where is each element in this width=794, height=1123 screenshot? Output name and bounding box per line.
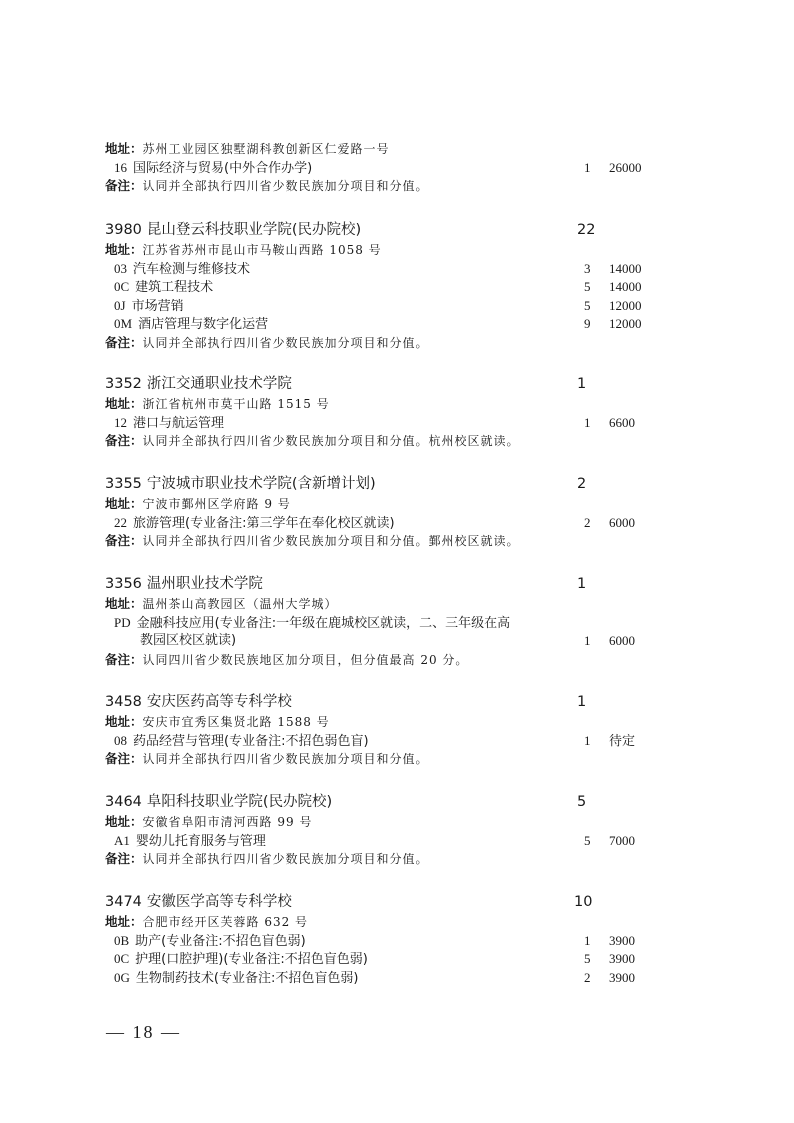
program-name: 助产(专业备注:不招色盲色弱): [135, 934, 306, 949]
note-label: 备注：: [105, 335, 143, 350]
program-row: 16国际经济与贸易(中外合作办学)126000: [105, 159, 665, 178]
note-label: 备注：: [105, 851, 143, 866]
school-total: 1: [577, 691, 586, 713]
school-continuation: 地址：苏州工业园区独墅湖科教创新区仁爱路一号 16国际经济与贸易(中外合作办学)…: [105, 140, 665, 196]
program-quota: 1: [584, 632, 591, 651]
program-quota: 9: [584, 315, 591, 334]
program-code: 12: [114, 414, 127, 433]
address-line: 地址：安徽省阜阳市清河西路 99 号: [105, 813, 665, 832]
school-name: 阜阳科技职业学院(民办院校): [147, 794, 332, 810]
address-line: 地址：江苏省苏州市昆山市马鞍山西路 1058 号: [105, 241, 665, 260]
address-line: 地址：温州茶山高教园区（温州大学城）: [105, 595, 665, 614]
note-line: 备注：认同并全部执行四川省少数民族加分项目和分值。: [105, 334, 665, 353]
school-code: 3355: [105, 473, 142, 495]
note-label: 备注：: [105, 433, 143, 448]
address-line: 地址：宁波市鄞州区学府路 9 号: [105, 495, 665, 514]
note-label: 备注：: [105, 178, 143, 193]
school-code: 3356: [105, 573, 142, 595]
school-entry: 3464阜阳科技职业学院(民办院校)5 地址：安徽省阜阳市清河西路 99 号 A…: [105, 791, 665, 869]
program-code: 0J: [114, 297, 126, 316]
address-text: 安徽省阜阳市清河西路 99 号: [143, 815, 313, 829]
school-code: 3980: [105, 219, 142, 241]
school-total: 2: [577, 473, 586, 495]
note-line: 备注：认同并全部执行四川省少数民族加分项目和分值。: [105, 850, 665, 869]
program-name: 国际经济与贸易(中外合作办学): [133, 161, 312, 176]
program-fee: 3900: [609, 969, 635, 988]
school-code: 3464: [105, 791, 142, 813]
program-code: 0G: [114, 969, 130, 988]
document-page: 地址：苏州工业园区独墅湖科教创新区仁爱路一号 16国际经济与贸易(中外合作办学)…: [0, 0, 794, 1123]
school-entry: 3458安庆医药高等专科学校1 地址：安庆市宜秀区集贤北路 1588 号 08药…: [105, 691, 665, 769]
note-line: 备注：认同并全部执行四川省少数民族加分项目和分值。: [105, 750, 665, 769]
address-label: 地址：: [105, 814, 143, 829]
address-label: 地址：: [105, 141, 143, 156]
program-fee: 14000: [609, 278, 642, 297]
program-name: 生物制药技术(专业备注:不招色盲色弱): [136, 971, 359, 986]
program-row: 0B助产(专业备注:不招色盲色弱)13900: [105, 932, 665, 951]
page-number: — 18 —: [106, 1022, 181, 1043]
program-code: 0C: [114, 950, 129, 969]
school-header: 3356温州职业技术学院1: [105, 573, 665, 595]
program-fee: 6000: [609, 632, 635, 651]
school-code: 3458: [105, 691, 142, 713]
program-quota: 1: [584, 732, 591, 751]
program-quota: 5: [584, 297, 591, 316]
address-line: 地址：安庆市宜秀区集贤北路 1588 号: [105, 713, 665, 732]
address-line: 地址：合肥市经开区芙蓉路 632 号: [105, 913, 665, 932]
program-code: PD: [114, 614, 131, 633]
program-code: 16: [114, 159, 127, 178]
program-row: 12港口与航运管理16600: [105, 414, 665, 433]
program-fee: 26000: [609, 159, 642, 178]
note-line: 备注：认同并全部执行四川省少数民族加分项目和分值。杭州校区就读。: [105, 432, 665, 451]
note-text: 认同并全部执行四川省少数民族加分项目和分值。杭州校区就读。: [143, 434, 520, 448]
program-code: 08: [114, 732, 127, 751]
program-row: 0C护理(口腔护理)(专业备注:不招色盲色弱)53900: [105, 950, 665, 969]
school-name: 浙江交通职业技术学院: [147, 376, 292, 392]
program-code: 0B: [114, 932, 129, 951]
program-quota: 5: [584, 950, 591, 969]
program-fee: 6000: [609, 514, 635, 533]
school-name: 温州职业技术学院: [147, 576, 263, 592]
program-name: 护理(口腔护理)(专业备注:不招色盲色弱): [135, 952, 368, 967]
program-quota: 5: [584, 832, 591, 851]
school-name: 安徽医学高等专科学校: [147, 894, 292, 910]
program-quota: 2: [584, 514, 591, 533]
note-label: 备注：: [105, 533, 143, 548]
program-quota: 1: [584, 414, 591, 433]
program-quota: 2: [584, 969, 591, 988]
school-entry: 3474安徽医学高等专科学校10 地址：合肥市经开区芙蓉路 632 号 0B助产…: [105, 891, 665, 987]
school-name: 昆山登云科技职业学院(民办院校): [147, 222, 361, 238]
program-name: 酒店管理与数字化运营: [138, 317, 268, 332]
note-line: 备注：认同并全部执行四川省少数民族加分项目和分值。鄞州校区就读。: [105, 532, 665, 551]
note-text: 认同并全部执行四川省少数民族加分项目和分值。: [143, 179, 429, 193]
program-fee: 3900: [609, 932, 635, 951]
program-row: 0C建筑工程技术514000: [105, 278, 665, 297]
program-name: 港口与航运管理: [133, 416, 224, 431]
address-line: 地址：苏州工业园区独墅湖科教创新区仁爱路一号: [105, 140, 665, 159]
school-entry: 3356温州职业技术学院1 地址：温州茶山高教园区（温州大学城） PD金融科技应…: [105, 573, 665, 669]
program-name: 金融科技应用(专业备注:一年级在鹿城校区就读，二、三年级在高: [137, 616, 510, 631]
school-total: 10: [574, 891, 592, 913]
school-header: 3464阜阳科技职业学院(民办院校)5: [105, 791, 665, 813]
program-name-continuation: 教园区校区就读): [140, 633, 236, 648]
program-fee: 3900: [609, 950, 635, 969]
program-row: 0M酒店管理与数字化运营912000: [105, 315, 665, 334]
address-label: 地址：: [105, 242, 143, 257]
program-quota: 5: [584, 278, 591, 297]
school-total: 1: [577, 573, 586, 595]
school-total: 5: [577, 791, 586, 813]
program-row-continuation: 教园区校区就读)16000: [105, 632, 665, 651]
address-text: 合肥市经开区芙蓉路 632 号: [143, 915, 309, 929]
note-text: 认同四川省少数民族地区加分项目，但分值最高 20 分。: [143, 653, 469, 667]
program-fee: 14000: [609, 260, 642, 279]
school-header: 3458安庆医药高等专科学校1: [105, 691, 665, 713]
address-text: 江苏省苏州市昆山市马鞍山西路 1058 号: [143, 243, 382, 257]
address-label: 地址：: [105, 396, 143, 411]
note-label: 备注：: [105, 751, 143, 766]
program-row: 08药品经营与管理(专业备注:不招色弱色盲)1待定: [105, 732, 665, 751]
note-text: 认同并全部执行四川省少数民族加分项目和分值。鄞州校区就读。: [143, 534, 520, 548]
note-text: 认同并全部执行四川省少数民族加分项目和分值。: [143, 336, 429, 350]
program-quota: 3: [584, 260, 591, 279]
address-text: 宁波市鄞州区学府路 9 号: [143, 497, 291, 511]
program-row: 0G生物制药技术(专业备注:不招色盲色弱)23900: [105, 969, 665, 988]
program-code: 22: [114, 514, 127, 533]
program-fee: 待定: [609, 732, 635, 751]
note-line: 备注：认同四川省少数民族地区加分项目，但分值最高 20 分。: [105, 651, 665, 670]
program-code: 0M: [114, 315, 132, 334]
program-row: 0J市场营销512000: [105, 297, 665, 316]
note-text: 认同并全部执行四川省少数民族加分项目和分值。: [143, 852, 429, 866]
program-fee: 6600: [609, 414, 635, 433]
program-name: 婴幼儿托育服务与管理: [136, 834, 266, 849]
program-name: 汽车检测与维修技术: [133, 262, 250, 277]
address-label: 地址：: [105, 714, 143, 729]
school-header: 3474安徽医学高等专科学校10: [105, 891, 665, 913]
school-header: 3355宁波城市职业技术学院(含新增计划)2: [105, 473, 665, 495]
school-total: 22: [577, 219, 595, 241]
address-label: 地址：: [105, 596, 143, 611]
program-fee: 12000: [609, 315, 642, 334]
program-row: 22旅游管理(专业备注:第三学年在奉化校区就读)26000: [105, 514, 665, 533]
address-label: 地址：: [105, 914, 143, 929]
address-label: 地址：: [105, 496, 143, 511]
program-name: 建筑工程技术: [135, 280, 213, 295]
program-code: 0C: [114, 278, 129, 297]
school-name: 宁波城市职业技术学院(含新增计划): [147, 476, 376, 492]
program-code: 03: [114, 260, 127, 279]
school-code: 3474: [105, 891, 142, 913]
school-entry: 3352浙江交通职业技术学院1 地址：浙江省杭州市莫干山路 1515 号 12港…: [105, 373, 665, 451]
school-header: 3352浙江交通职业技术学院1: [105, 373, 665, 395]
school-total: 1: [577, 373, 586, 395]
program-name: 市场营销: [132, 299, 184, 314]
program-name: 旅游管理(专业备注:第三学年在奉化校区就读): [133, 516, 395, 531]
program-row: PD金融科技应用(专业备注:一年级在鹿城校区就读，二、三年级在高: [105, 614, 665, 633]
school-header: 3980昆山登云科技职业学院(民办院校)22: [105, 219, 665, 241]
note-label: 备注：: [105, 652, 143, 667]
address-text: 浙江省杭州市莫干山路 1515 号: [143, 397, 330, 411]
school-entry: 3355宁波城市职业技术学院(含新增计划)2 地址：宁波市鄞州区学府路 9 号 …: [105, 473, 665, 551]
program-name: 药品经营与管理(专业备注:不招色弱色盲): [133, 734, 369, 749]
address-line: 地址：浙江省杭州市莫干山路 1515 号: [105, 395, 665, 414]
note-line: 备注：认同并全部执行四川省少数民族加分项目和分值。: [105, 177, 665, 196]
school-name: 安庆医药高等专科学校: [147, 694, 292, 710]
program-fee: 12000: [609, 297, 642, 316]
address-text: 苏州工业园区独墅湖科教创新区仁爱路一号: [143, 142, 390, 156]
program-quota: 1: [584, 159, 591, 178]
program-row: 03汽车检测与维修技术314000: [105, 260, 665, 279]
address-text: 安庆市宜秀区集贤北路 1588 号: [143, 715, 330, 729]
program-fee: 7000: [609, 832, 635, 851]
address-text: 温州茶山高教园区（温州大学城）: [143, 597, 338, 611]
school-code: 3352: [105, 373, 142, 395]
school-entry: 3980昆山登云科技职业学院(民办院校)22 地址：江苏省苏州市昆山市马鞍山西路…: [105, 219, 665, 352]
program-code: A1: [114, 832, 130, 851]
program-quota: 1: [584, 932, 591, 951]
program-row: A1婴幼儿托育服务与管理57000: [105, 832, 665, 851]
note-text: 认同并全部执行四川省少数民族加分项目和分值。: [143, 752, 429, 766]
